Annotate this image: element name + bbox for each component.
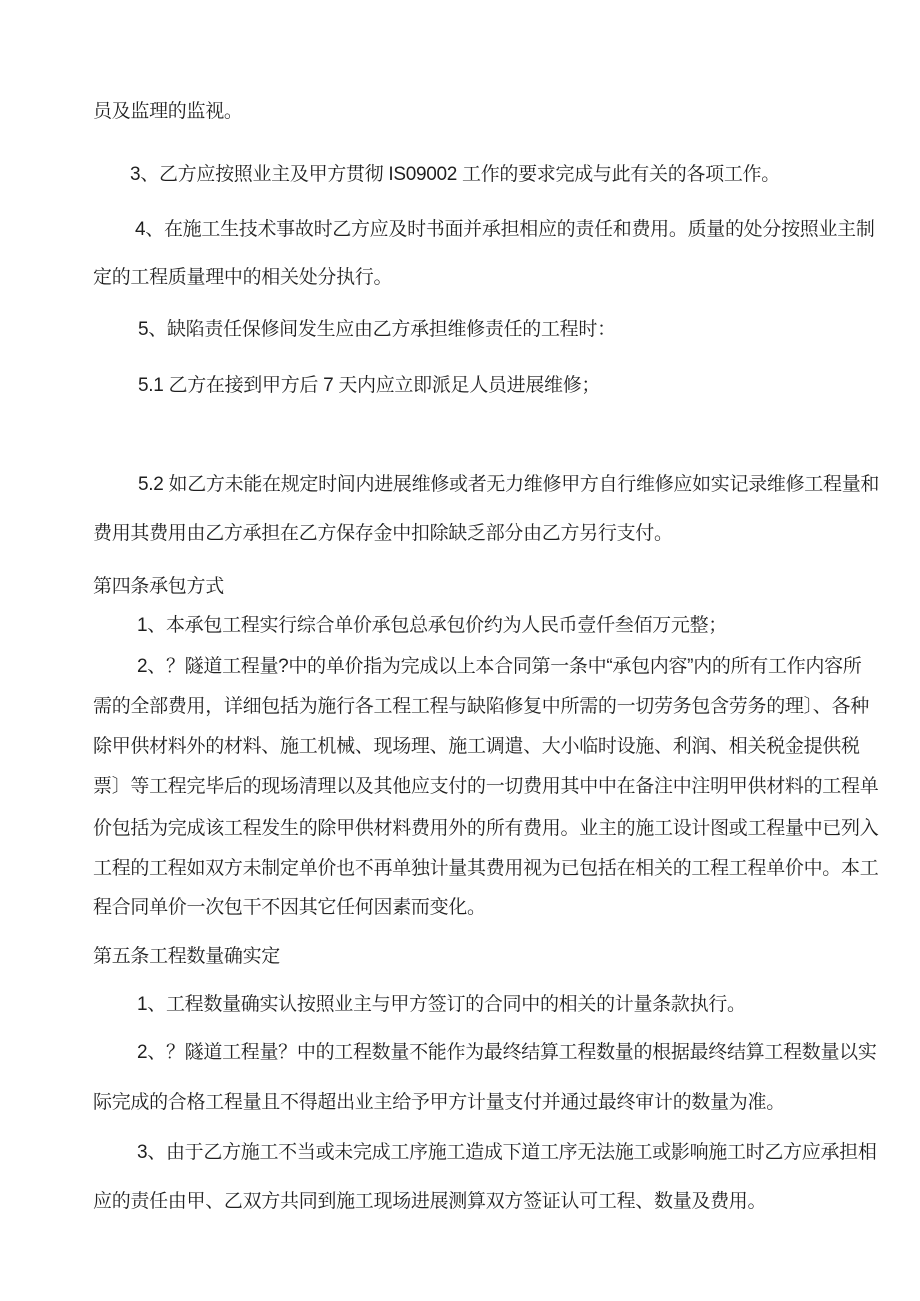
- doc-item-5-1: 5.1 乙方在接到甲方后 7 天内应立即派足人员进展维修；: [138, 374, 600, 398]
- section-heading-5: 第五条工程数量确实定: [93, 945, 280, 969]
- sec4-item-2: 2、？隧道工程量?中的单价指为完成以上本合同第一条中“承包内容”内的所有工作内容…: [137, 655, 862, 679]
- sec5-item-3-continuation: 应的责任由甲、乙双方共同到施工现场进展测算双方签证认可工程、数量及费用。: [93, 1190, 766, 1214]
- sec5-item-2: 2、？隧道工程量？中的工程数量不能作为最终结算工程数量的根据最终结算工程数量以实: [137, 1041, 877, 1065]
- document-page: 员及监理的监视。 3、乙方应按照业主及甲方贯彻 IS09002 工作的要求完成与…: [0, 0, 920, 1301]
- sec4-item-2-line-6: 工程的工程如双方未制定单价也不再单独计量其费用视为已包括在相关的工程工程单价中。…: [93, 857, 878, 881]
- doc-item-4: 4、在施工生技术事故时乙方应及时书面并承担相应的责任和费用。质量的处分按照业主制: [135, 218, 875, 242]
- sec5-item-2-continuation: 际完成的合格工程量且不得超出业主给予甲方计量支付并通过最终审计的数量为准。: [93, 1091, 785, 1115]
- doc-item-3: 3、乙方应按照业主及甲方贯彻 IS09002 工作的要求完成与此有关的各项工作。: [130, 163, 780, 187]
- sec4-item-1: 1、本承包工程实行综合单价承包总承包价约为人民币壹仟叁佰万元整；: [137, 614, 727, 638]
- doc-item-5-2: 5.2 如乙方未能在规定时间内进展维修或者无力维修甲方自行维修应如实记录维修工程…: [138, 473, 879, 497]
- sec4-item-2-line-4: 票〕等工程完毕后的现场清理以及其他应支付的一切费用其中中在备注中注明甲供材料的工…: [93, 775, 878, 799]
- sec4-item-2-line-5: 价包括为完成该工程发生的除甲供材料费用外的所有费用。业主的施工设计图或工程量中已…: [93, 817, 878, 841]
- doc-item-4-continuation: 定的工程质量理中的相关处分执行。: [93, 266, 392, 290]
- doc-line-continuation-1: 员及监理的监视。: [93, 100, 243, 124]
- sec4-item-2-line-3: 除甲供材料外的材料、施工机械、现场理、施工调遣、大小临时设施、利润、相关税金提供…: [93, 735, 860, 759]
- doc-item-5: 5、缺陷责任保修间发生应由乙方承担维修责任的工程时：: [138, 318, 616, 342]
- sec4-item-2-line-2: 需的全部费用，详细包括为施行各工程工程与缺陷修复中所需的一切劳务包含劳务的理〕、…: [93, 695, 869, 719]
- section-heading-4: 第四条承包方式: [93, 575, 224, 599]
- sec5-item-1: 1、工程数量确实认按照业主与甲方签订的合同中的相关的计量条款执行。: [137, 993, 746, 1017]
- sec4-item-2-line-7: 程合同单价一次包干不因其它任何因素而变化。: [93, 896, 486, 920]
- sec5-item-3: 3、由于乙方施工不当或未完成工序施工造成下道工序无法施工或影响施工时乙方应承担相: [137, 1141, 877, 1165]
- doc-item-5-2-continuation: 费用其费用由乙方承担在乙方保存金中扣除缺乏部分由乙方另行支付。: [93, 522, 673, 546]
